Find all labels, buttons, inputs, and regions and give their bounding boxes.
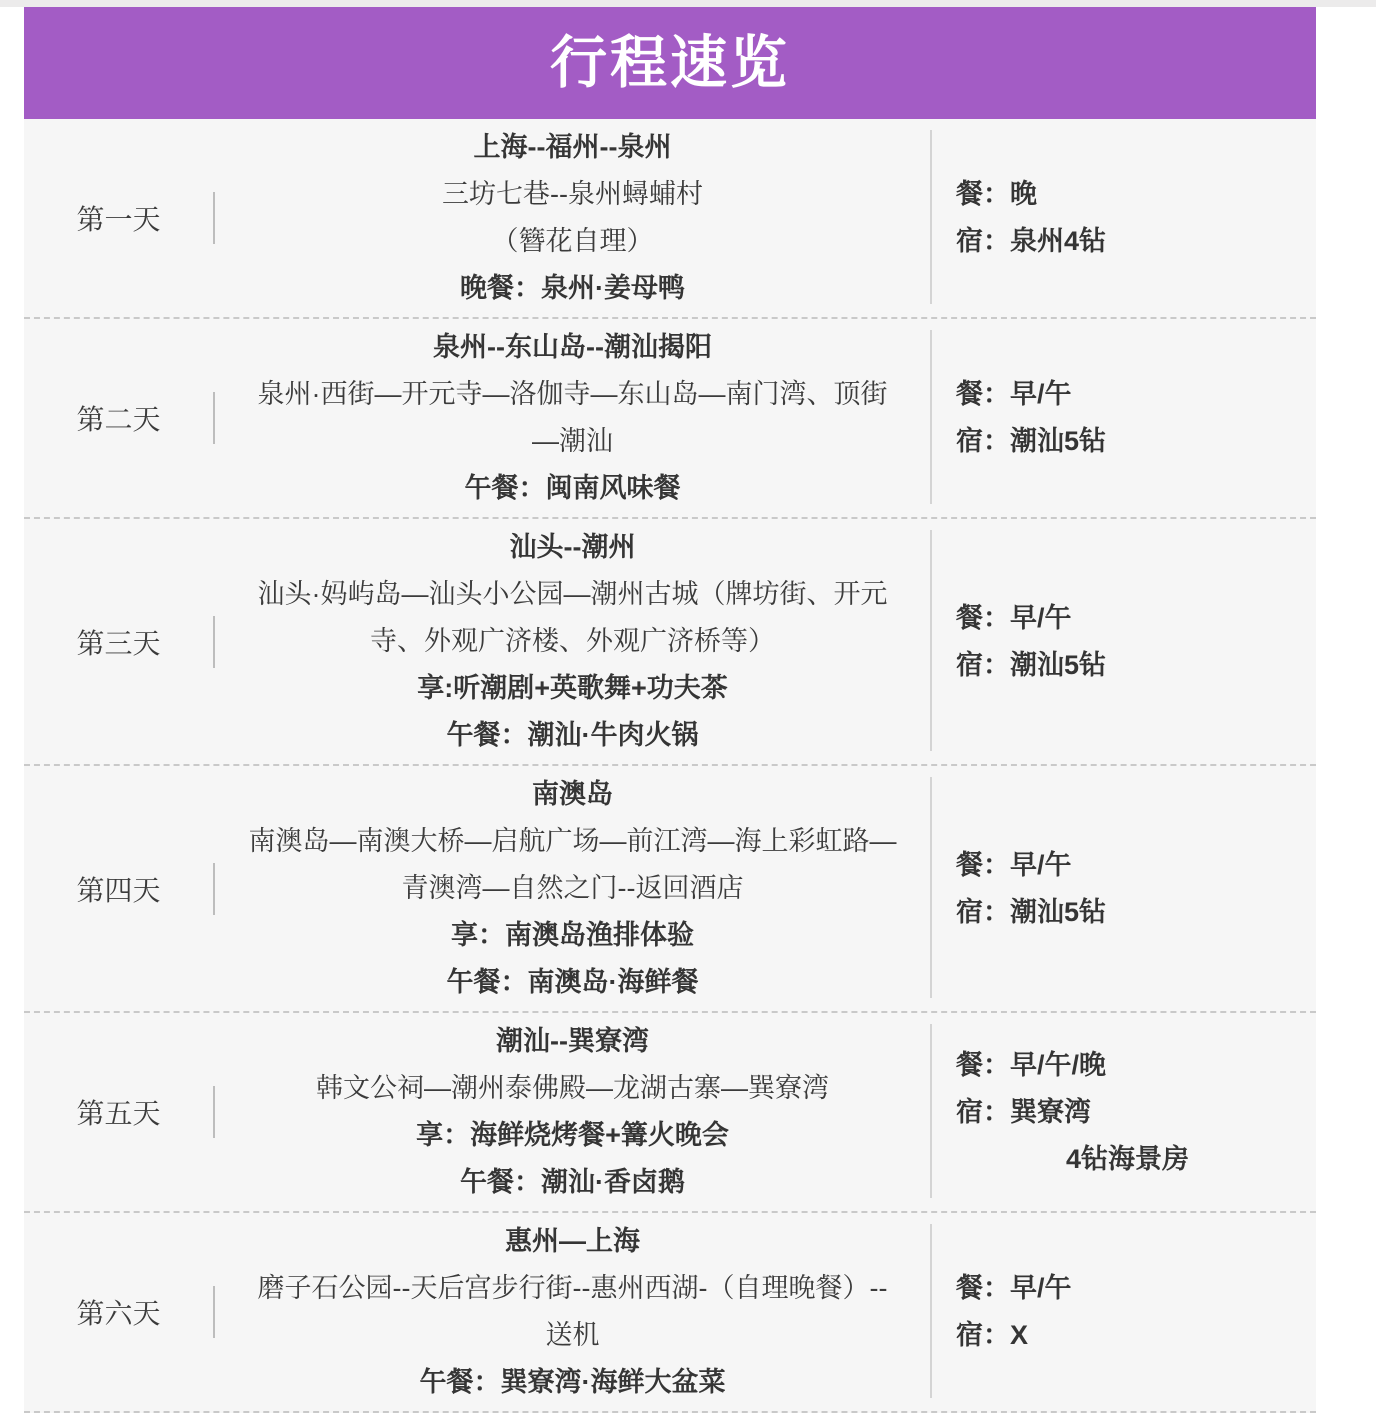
itinerary-table: 第一天 上海--福州--泉州 三坊七巷--泉州蟳蜅村 （簪花自理） 晚餐：泉州·… (24, 119, 1316, 1413)
meals-line: 餐：早/午/晚 (956, 1042, 1316, 1089)
day-row-4: 第四天 南澳岛 南澳岛—南澳大桥—启航广场—前江湾—海上彩虹路—青澳湾—自然之门… (24, 766, 1316, 1013)
route-detail: 磨子石公园--天后宫步行街--惠州西湖-（自理晚餐）--送机 (247, 1265, 898, 1359)
day-label: 第五天 (24, 1092, 213, 1132)
meal-note: 晚餐：泉州·姜母鸭 (247, 265, 898, 312)
route-title: 汕头--潮州 (247, 524, 898, 571)
day-row-1: 第一天 上海--福州--泉州 三坊七巷--泉州蟳蜅村 （簪花自理） 晚餐：泉州·… (24, 119, 1316, 319)
itinerary-cell: 潮汕--巽寮湾 韩文公祠—潮州泰佛殿—龙湖古寨—巽寮湾 享：海鲜烧烤餐+篝火晚会… (215, 1013, 930, 1211)
stay-line: 宿：潮汕5钻 (956, 642, 1316, 689)
highlight-line: 享:听潮剧+英歌舞+功夫茶 (247, 665, 898, 712)
day-label: 第六天 (24, 1292, 213, 1332)
meal-note: 午餐：潮汕·香卤鹅 (247, 1159, 898, 1206)
day-row-5: 第五天 潮汕--巽寮湾 韩文公祠—潮州泰佛殿—龙湖古寨—巽寮湾 享：海鲜烧烤餐+… (24, 1013, 1316, 1213)
day-label: 第三天 (24, 622, 213, 662)
day-label: 第二天 (24, 398, 213, 438)
itinerary-panel: 行程速览 第一天 上海--福州--泉州 三坊七巷--泉州蟳蜅村 （簪花自理） 晚… (24, 7, 1316, 1413)
meal-stay-cell: 餐：早/午 宿：潮汕5钻 (930, 766, 1316, 1011)
route-title: 上海--福州--泉州 (247, 124, 898, 171)
itinerary-cell: 惠州—上海 磨子石公园--天后宫步行街--惠州西湖-（自理晚餐）--送机 午餐：… (215, 1213, 930, 1411)
meal-note: 午餐：巽寮湾·海鲜大盆菜 (247, 1359, 898, 1406)
route-detail: 南澳岛—南澳大桥—启航广场—前江湾—海上彩虹路—青澳湾—自然之门--返回酒店 (247, 818, 898, 912)
route-title: 泉州--东山岛--潮汕揭阳 (247, 324, 898, 371)
stay-line: 宿：潮汕5钻 (956, 418, 1316, 465)
itinerary-cell: 上海--福州--泉州 三坊七巷--泉州蟳蜅村 （簪花自理） 晚餐：泉州·姜母鸭 (215, 119, 930, 317)
route-detail: 韩文公祠—潮州泰佛殿—龙湖古寨—巽寮湾 (247, 1065, 898, 1112)
page-title: 行程速览 (24, 7, 1316, 119)
meals-line: 餐：早/午 (956, 1265, 1316, 1312)
day-row-6: 第六天 惠州—上海 磨子石公园--天后宫步行街--惠州西湖-（自理晚餐）--送机… (24, 1213, 1316, 1413)
route-detail: 三坊七巷--泉州蟳蜅村 (247, 171, 898, 218)
meal-stay-cell: 餐：早/午/晚 宿：巽寮湾 4钻海景房 (930, 1013, 1316, 1211)
itinerary-cell: 泉州--东山岛--潮汕揭阳 泉州·西街—开元寺—洛伽寺—东山岛—南门湾、顶街—潮… (215, 319, 930, 517)
meal-note: 午餐：南澳岛·海鲜餐 (247, 959, 898, 1006)
meal-stay-cell: 餐：早/午 宿：X (930, 1213, 1316, 1411)
route-title: 南澳岛 (247, 771, 898, 818)
meal-note: 午餐：潮汕·牛肉火锅 (247, 712, 898, 759)
route-detail: 汕头·妈屿岛—汕头小公园—潮州古城（牌坊街、开元寺、外观广济楼、外观广济桥等） (247, 571, 898, 665)
stay-line: 宿：泉州4钻 (956, 218, 1316, 265)
route-detail: 泉州·西街—开元寺—洛伽寺—东山岛—南门湾、顶街—潮汕 (247, 371, 898, 465)
meal-stay-cell: 餐：早/午 宿：潮汕5钻 (930, 319, 1316, 517)
stay-extra-line: 4钻海景房 (1066, 1136, 1316, 1183)
route-title: 潮汕--巽寮湾 (247, 1018, 898, 1065)
meal-stay-cell: 餐：晚 宿：泉州4钻 (930, 119, 1316, 317)
stay-line: 宿：潮汕5钻 (956, 889, 1316, 936)
stay-line: 宿：巽寮湾 (956, 1089, 1316, 1136)
meals-line: 餐：早/午 (956, 842, 1316, 889)
highlight-line: 享：南澳岛渔排体验 (247, 912, 898, 959)
day-row-2: 第二天 泉州--东山岛--潮汕揭阳 泉州·西街—开元寺—洛伽寺—东山岛—南门湾、… (24, 319, 1316, 519)
stay-line: 宿：X (956, 1312, 1316, 1359)
itinerary-cell: 南澳岛 南澳岛—南澳大桥—启航广场—前江湾—海上彩虹路—青澳湾—自然之门--返回… (215, 766, 930, 1011)
day-label: 第四天 (24, 869, 213, 909)
day-label: 第一天 (24, 198, 213, 238)
meals-line: 餐：晚 (956, 171, 1316, 218)
route-title: 惠州—上海 (247, 1218, 898, 1265)
meal-stay-cell: 餐：早/午 宿：潮汕5钻 (930, 519, 1316, 764)
meals-line: 餐：早/午 (956, 595, 1316, 642)
itinerary-cell: 汕头--潮州 汕头·妈屿岛—汕头小公园—潮州古城（牌坊街、开元寺、外观广济楼、外… (215, 519, 930, 764)
route-detail: （簪花自理） (247, 218, 898, 265)
meal-note: 午餐：闽南风味餐 (247, 465, 898, 512)
top-strip (0, 0, 1376, 7)
meals-line: 餐：早/午 (956, 371, 1316, 418)
day-row-3: 第三天 汕头--潮州 汕头·妈屿岛—汕头小公园—潮州古城（牌坊街、开元寺、外观广… (24, 519, 1316, 766)
highlight-line: 享：海鲜烧烤餐+篝火晚会 (247, 1112, 898, 1159)
